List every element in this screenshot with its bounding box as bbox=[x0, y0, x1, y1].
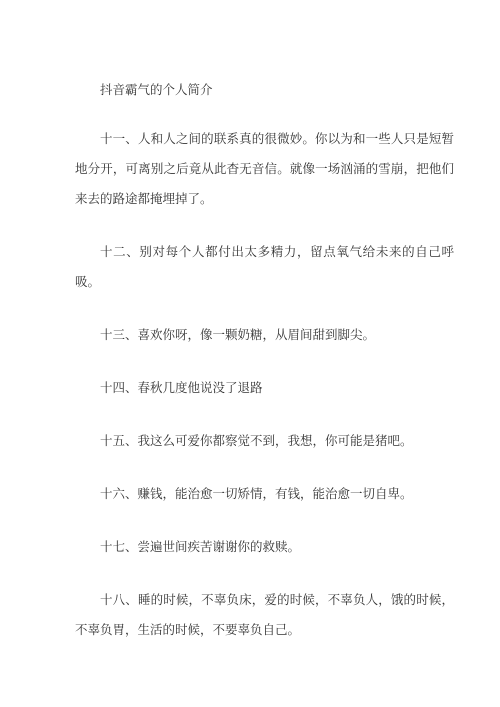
paragraph-18: 十八、睡的时候，不辜负床，爱的时候，不辜负人，饿的时候，不辜负胃，生活的时候，不… bbox=[75, 585, 454, 645]
page-title: 抖音霸气的个人简介 bbox=[75, 75, 454, 105]
paragraph-12: 十二、别对每个人都付出太多精力，留点氧气给未来的自己呼吸。 bbox=[75, 237, 454, 297]
document-page: 抖音霸气的个人简介 十一、人和人之间的联系真的很微妙。你以为和一些人只是短暂地分… bbox=[0, 0, 500, 707]
paragraph-11: 十一、人和人之间的联系真的很微妙。你以为和一些人只是短暂地分开，可离别之后竟从此… bbox=[75, 124, 454, 214]
paragraph-16: 十六、赚钱，能治愈一切矫情，有钱，能治愈一切自卑。 bbox=[75, 479, 454, 509]
paragraph-15: 十五、我这么可爱你都察觉不到，我想，你可能是猪吧。 bbox=[75, 426, 454, 456]
paragraph-13: 十三、喜欢你呀，像一颗奶糖，从眉间甜到脚尖。 bbox=[75, 320, 454, 350]
paragraph-17: 十七、尝遍世间疾苦谢谢你的救赎。 bbox=[75, 532, 454, 562]
paragraph-14: 十四、春秋几度他说没了退路 bbox=[75, 373, 454, 403]
